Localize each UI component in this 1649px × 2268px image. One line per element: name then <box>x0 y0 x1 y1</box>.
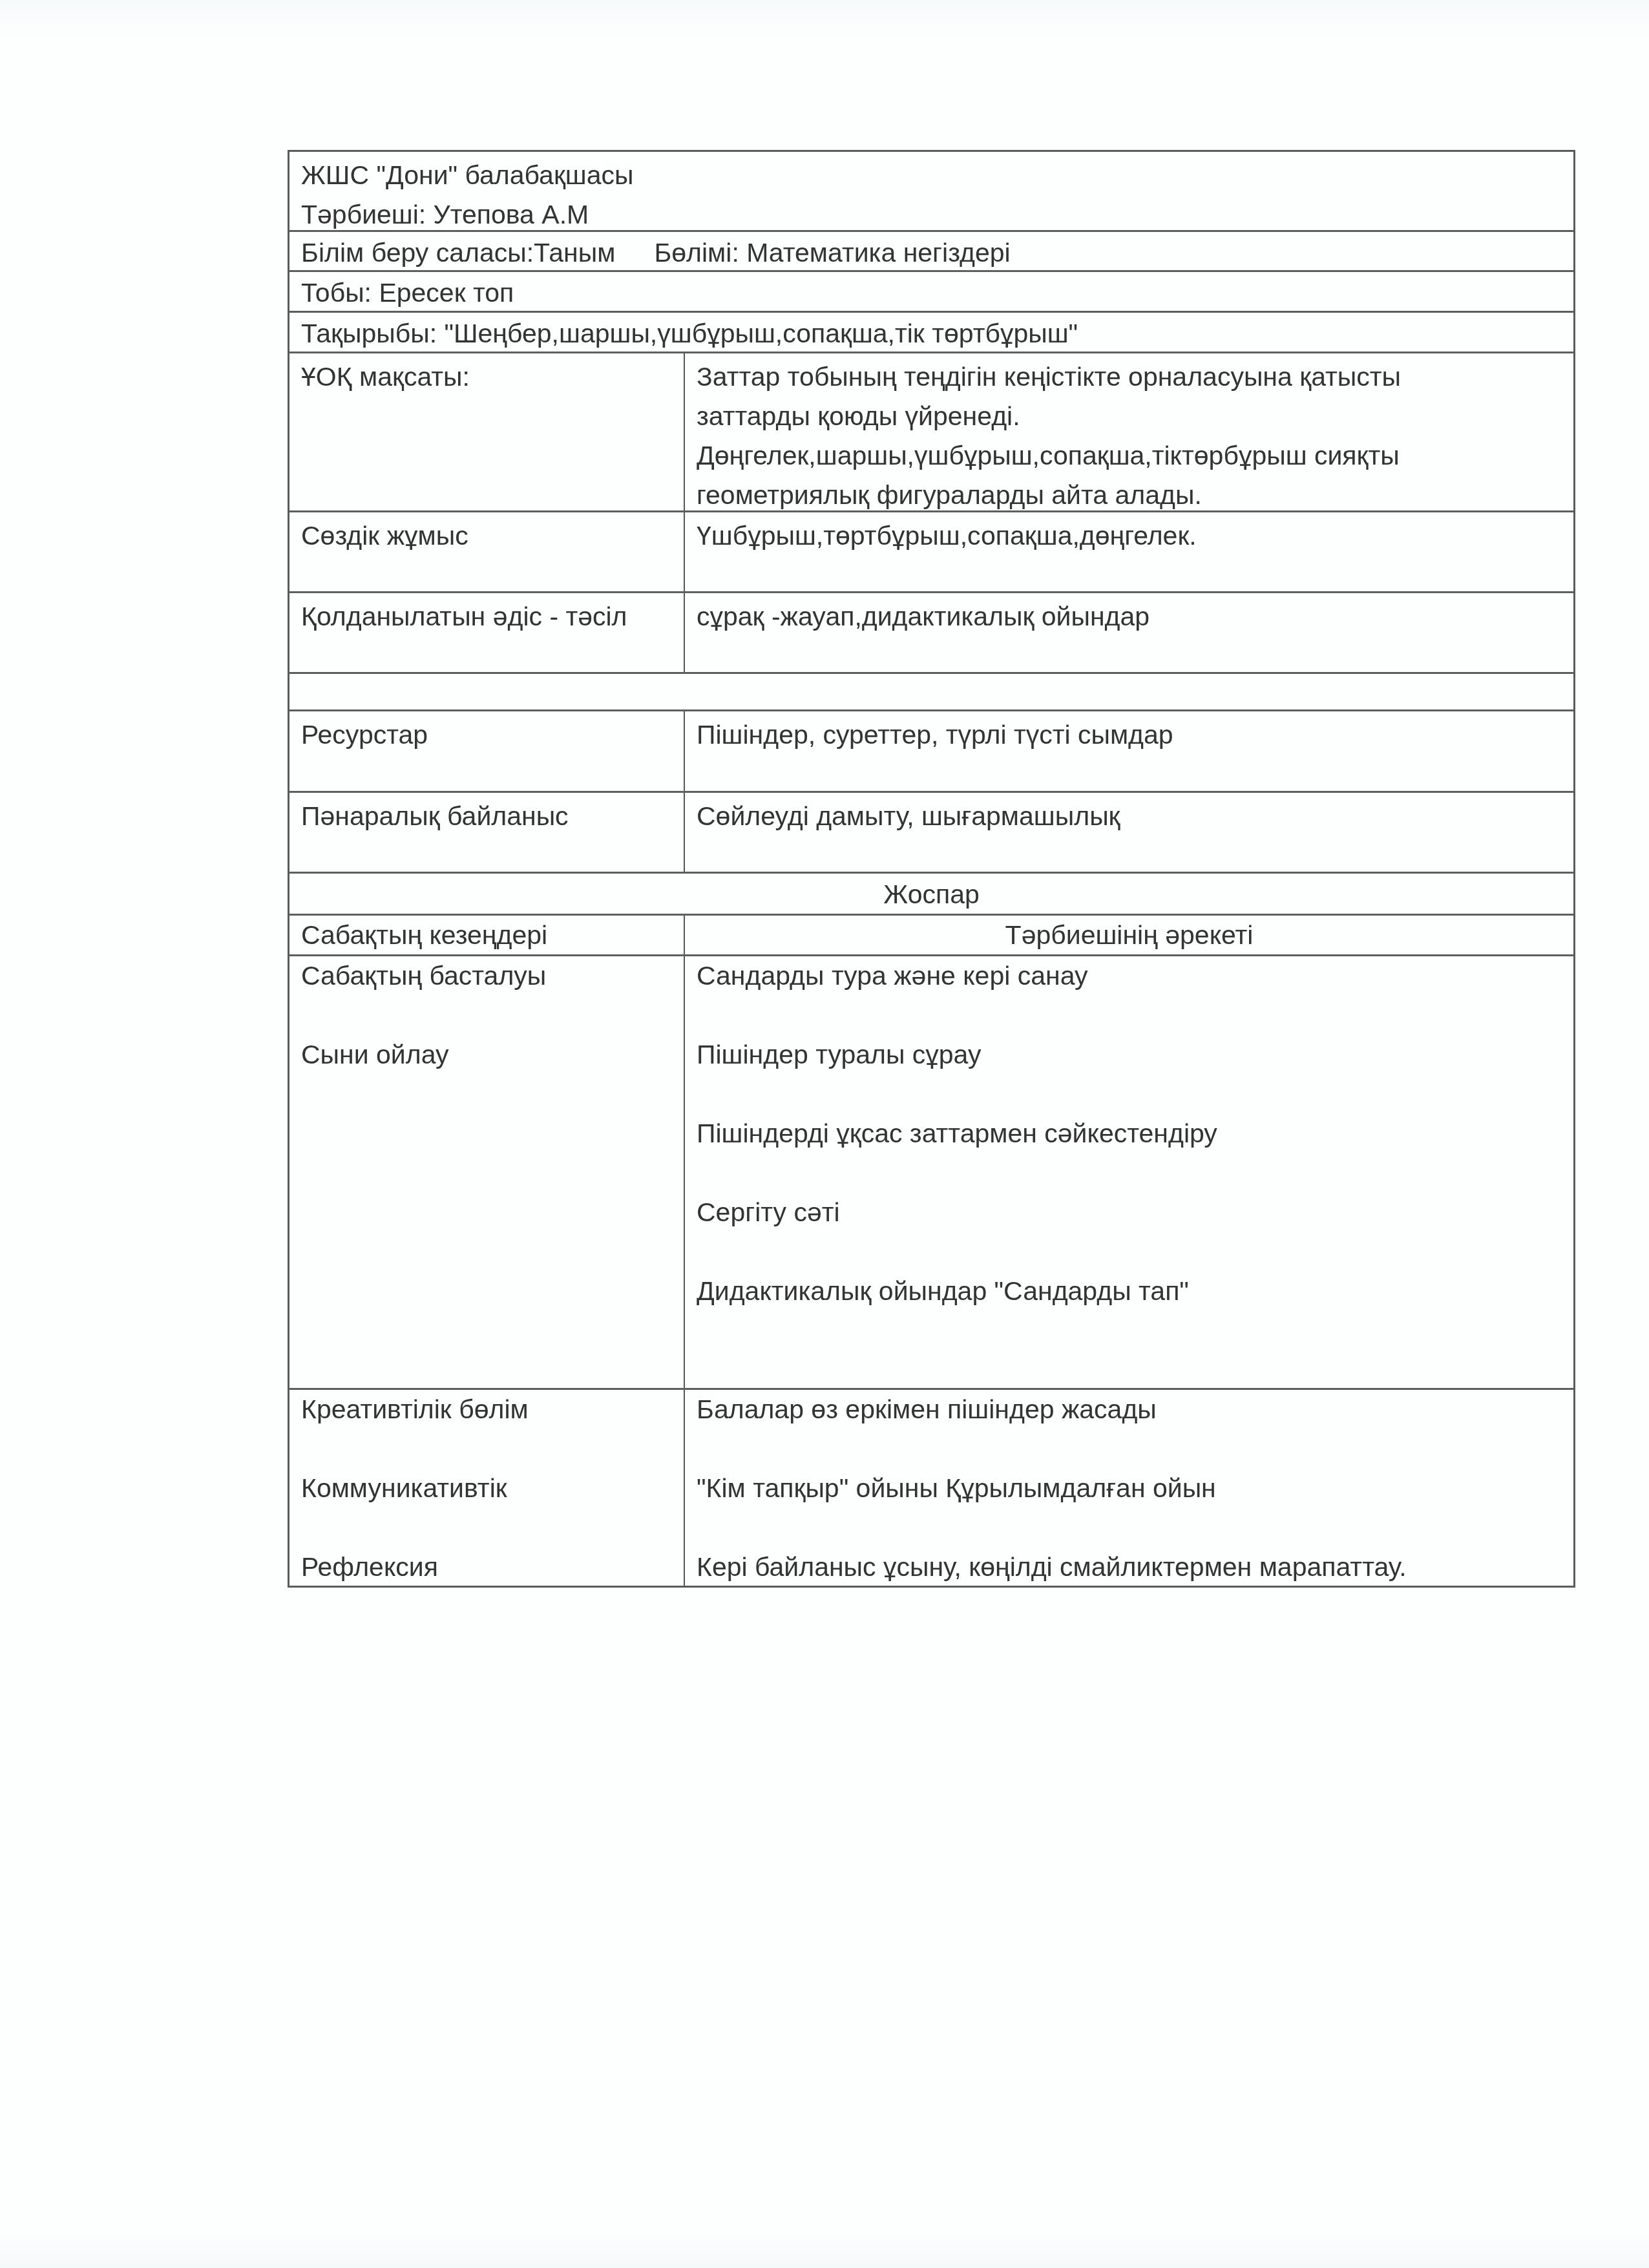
school-name: ЖШС "Дони" балабақшасы <box>301 156 1562 195</box>
stage-item: Сыни ойлау <box>301 1035 672 1075</box>
lesson-plan-table: ЖШС "Дони" балабақшасы Тәрбиеші: Утепова… <box>288 150 1575 1588</box>
header-row-area: Білім беру саласы:ТанымБөлімі: Математик… <box>289 232 1573 272</box>
activity-item: Балалар өз еркімен пішіндер жасады <box>697 1390 1562 1429</box>
plan-stages: Сабақтың басталуы Сыни ойлау <box>289 956 685 1388</box>
info-row-objective: ҰОҚ мақсаты: Заттар тобының теңдігін кең… <box>289 353 1573 512</box>
column-header-stage: Сабақтың кезеңдері <box>289 916 685 954</box>
plan-row-creative: Креативтілік бөлім Коммуникативтік Рефле… <box>289 1390 1573 1586</box>
plan-activities: Сандарды тура және кері санау Пішіндер т… <box>685 956 1573 1388</box>
info-label: Сөздік жұмыс <box>289 512 685 591</box>
info-value: Заттар тобының теңдігін кеңістікте орнал… <box>685 353 1573 510</box>
info-row-vocabulary: Сөздік жұмыс Үшбұрыш,төртбұрыш,сопақша,д… <box>289 512 1573 593</box>
activity-item: "Кім тапқыр" ойыны Құрылымдалған ойын <box>697 1469 1562 1508</box>
info-value: Сөйлеуді дамыту, шығармашылық <box>685 793 1573 872</box>
activity-item: Пішіндер туралы сұрау <box>697 1035 1562 1075</box>
plan-row-intro: Сабақтың басталуы Сыни ойлау Сандарды ту… <box>289 956 1573 1390</box>
activity-item: Пішіндерді ұқсас заттармен сәйкестендіру <box>697 1114 1562 1153</box>
activity-item: Сергіту сәті <box>697 1193 1562 1232</box>
group-name: Тобы: Ересек топ <box>289 272 1573 311</box>
header-row-school: ЖШС "Дони" балабақшасы Тәрбиеші: Утепова… <box>289 152 1573 232</box>
header-row-topic: Тақырыбы: "Шеңбер,шаршы,үшбұрыш,сопақша,… <box>289 313 1573 353</box>
section-name: Бөлімі: Математика негіздері <box>654 238 1010 268</box>
column-header-activity: Тәрбиешінің әрекеті <box>685 916 1573 954</box>
stage-item: Сабақтың басталуы <box>301 956 672 996</box>
info-row-interdisciplinary: Пәнаралық байланыс Сөйлеуді дамыту, шыға… <box>289 793 1573 874</box>
topic: Тақырыбы: "Шеңбер,шаршы,үшбұрыш,сопақша,… <box>289 313 1573 352</box>
header-row-group: Тобы: Ересек топ <box>289 272 1573 313</box>
activity-item: Кері байланыс ұсыну, көңілді смайликтерм… <box>697 1548 1562 1587</box>
plan-title-row: Жоспар <box>289 874 1573 916</box>
activity-item: Дидактикалық ойындар "Сандарды тап" <box>697 1272 1562 1311</box>
teacher-name: Тәрбиеші: Утепова А.М <box>301 195 1562 235</box>
plan-activities: Балалар өз еркімен пішіндер жасады "Кім … <box>685 1390 1573 1586</box>
stage-item: Рефлексия <box>301 1548 672 1587</box>
info-label: ҰОҚ мақсаты: <box>289 353 685 510</box>
activity-item: Сандарды тура және кері санау <box>697 956 1562 996</box>
info-value: Үшбұрыш,төртбұрыш,сопақша,дөңгелек. <box>685 512 1573 591</box>
empty-row <box>289 674 1573 711</box>
plan-stages: Креативтілік бөлім Коммуникативтік Рефле… <box>289 1390 685 1586</box>
info-label: Ресурстар <box>289 711 685 791</box>
plan-title: Жоспар <box>289 874 1573 914</box>
info-label: Пәнаралық байланыс <box>289 793 685 872</box>
info-label: Қолданылатын әдіс - тәсіл <box>289 593 685 672</box>
plan-header-row: Сабақтың кезеңдері Тәрбиешінің әрекеті <box>289 916 1573 956</box>
stage-item: Креативтілік бөлім <box>301 1390 672 1429</box>
info-row-methods: Қолданылатын әдіс - тәсіл сұрақ -жауап,д… <box>289 593 1573 674</box>
info-row-resources: Ресурстар Пішіндер, суреттер, түрлі түст… <box>289 711 1573 793</box>
info-value: сұрақ -жауап,дидактикалық ойындар <box>685 593 1573 672</box>
stage-item: Коммуникативтік <box>301 1469 672 1508</box>
info-value: Пішіндер, суреттер, түрлі түсті сымдар <box>685 711 1573 791</box>
education-area: Білім беру саласы:Таным <box>301 238 615 268</box>
